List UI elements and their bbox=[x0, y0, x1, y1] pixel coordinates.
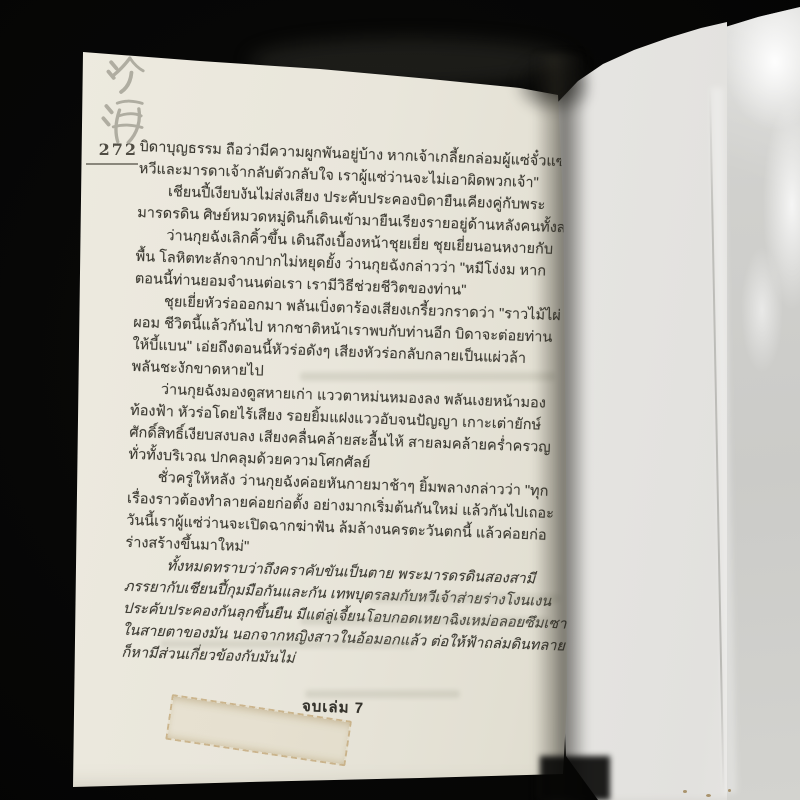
page-number-block: 272 bbox=[86, 141, 138, 165]
stain-speck bbox=[728, 789, 731, 792]
showthrough-ghost bbox=[160, 640, 415, 648]
stain-speck bbox=[683, 790, 687, 793]
showthrough-ghost bbox=[370, 594, 560, 603]
page-number: 272 bbox=[86, 141, 138, 159]
showthrough-ghost bbox=[300, 372, 555, 381]
end-of-volume-label: จบเล่ม 7 bbox=[302, 694, 365, 720]
book-photo: 272 บิดาบุญธรรม ถือว่ามีความผูกพันอยู่บ้… bbox=[0, 0, 800, 800]
page-number-rule bbox=[86, 163, 138, 165]
stain-speck bbox=[706, 794, 711, 797]
showthrough-ghost bbox=[300, 617, 550, 625]
